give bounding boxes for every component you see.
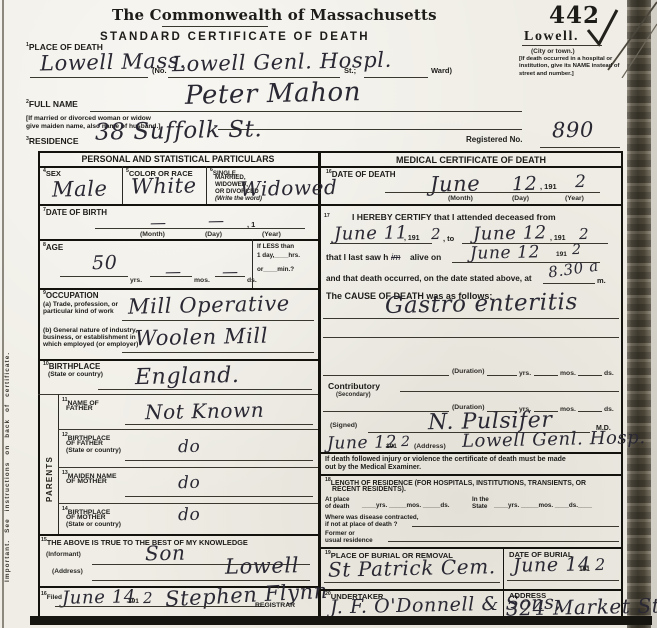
checkmark-icon [586, 8, 620, 48]
label-text: RESIDENCE [29, 136, 79, 146]
personal-section-title: PERSONAL AND STATISTICAL PARTICULARS [38, 155, 318, 165]
city-caption: (City or town.) [531, 48, 575, 55]
row-border [38, 534, 318, 536]
mother-name-value: do [178, 473, 201, 493]
last-saw-prefix: that I last saw h [326, 253, 388, 262]
underline-rule [330, 243, 432, 244]
residence-label: 3RESIDENCE [26, 137, 78, 147]
disease-contracted-label-2: if not at place of death ? [325, 521, 397, 528]
former-residence-label-2: usual residence [325, 537, 373, 544]
m-label: m. [597, 277, 606, 285]
last-saw-scribble: im [391, 252, 401, 262]
margin-instructions-note: Important. See instructions on back of c… [4, 352, 11, 582]
filed-label: 16Filed [41, 592, 62, 601]
commonwealth-heading: The Commonwealth of Massachusetts [112, 7, 326, 24]
to-label: , to [443, 235, 454, 243]
to-year-printed: , 191 [550, 235, 566, 243]
no-label: (No. [152, 67, 167, 75]
underline-rule [323, 318, 619, 319]
signed-year-value: 2 [401, 434, 411, 450]
occupation-b-label-3: which employed (or employer) [43, 341, 138, 348]
underline-rule [543, 283, 595, 284]
full-name-value: Peter Mahon [185, 77, 362, 111]
month-caption: (Month) [140, 231, 165, 238]
father-name-value: Not Known [145, 398, 265, 424]
label-text: AGE [46, 243, 63, 252]
scan-right-margin [651, 0, 657, 628]
mos-caption: mos. [560, 370, 576, 377]
underline-rule [578, 375, 602, 376]
date-of-death-label: 16DATE OF DEATH [326, 170, 395, 180]
ds-caption: ds. [604, 370, 614, 377]
informant-value: Son [145, 541, 186, 566]
parents-group-label: PARENTS [45, 456, 54, 502]
registrar-label: REGISTRAR [255, 602, 295, 610]
underline-rule [400, 391, 619, 392]
underline-rule [150, 276, 192, 277]
informant-caption: (Informant) [46, 551, 81, 558]
heading-underline [162, 26, 268, 27]
attended-from-value: June 11 [334, 222, 408, 245]
birthplace-value: England. [135, 363, 240, 390]
underline-rule [487, 375, 517, 376]
underline-rule [122, 320, 314, 321]
underline-rule [90, 111, 522, 112]
less-than-note-1: If LESS than [257, 243, 294, 250]
yrs-caption: yrs. [519, 370, 531, 377]
from-year-value: 2 [431, 225, 442, 243]
form-top-border [38, 151, 623, 153]
registered-no-value: 890 [552, 118, 594, 143]
burial-year-printed: 191 [579, 566, 590, 573]
dob-label: 7DATE OF BIRTH [43, 208, 107, 218]
cell-divider [206, 166, 207, 204]
underline-rule [388, 541, 619, 542]
underline-rule [30, 77, 148, 78]
at-place-blanks: ____yrs. _____mos. _____ds. [362, 502, 450, 509]
underline-rule [98, 389, 312, 390]
father-birthplace-label-3: (State or country) [66, 447, 121, 454]
underline-rule [125, 460, 313, 461]
former-residence-label-1: Former or [325, 530, 355, 537]
row-border [321, 452, 621, 454]
city-stamp: Lowell. [524, 29, 579, 45]
label-text: DATE OF BIRTH [46, 208, 107, 217]
row-border [321, 474, 621, 476]
disease-contracted-label-1: Where was disease contracted, [325, 514, 418, 521]
scan-dark-edge-band [627, 0, 651, 628]
signed-year-printed: 191 [386, 443, 397, 450]
at-place-label-1: At place [325, 496, 350, 503]
last-saw-date-value: June 12 [470, 242, 540, 263]
row-border [38, 239, 318, 241]
last-saw-year-value: 2 [572, 242, 582, 258]
field-number: 17 [324, 213, 330, 219]
cell-divider [252, 239, 253, 288]
underline-rule [215, 276, 245, 277]
label-text: OCCUPATION [46, 291, 99, 300]
row-border [321, 589, 621, 591]
less-than-note-3: or____min.? [257, 266, 294, 273]
age-days-dash: — [222, 262, 239, 281]
month-caption: (Month) [448, 195, 473, 202]
day-caption: (Day) [512, 195, 529, 202]
underline-rule [507, 580, 619, 581]
mos2-caption: mos. [560, 406, 576, 413]
race-value: White [131, 173, 197, 198]
occupation-b-value: Woolen Mill [135, 324, 269, 351]
filed-year-printed: 191 [128, 598, 139, 605]
row-border [321, 547, 621, 549]
physician-address-value: Lowell Genl. Hosp. [462, 427, 646, 452]
form-left-border [38, 151, 40, 616]
age-years-value: 50 [92, 252, 118, 275]
row-border [38, 204, 318, 206]
underline-rule [125, 424, 313, 425]
father-name-label-2: FATHER [66, 405, 93, 413]
age-months-dash: — [165, 262, 182, 281]
underline-rule [60, 276, 128, 277]
underline-rule [218, 129, 522, 130]
certify-intro: I HEREBY CERTIFY that I attended decease… [352, 213, 556, 223]
year-caption: (Year) [262, 231, 281, 238]
label-text: FULL NAME [29, 99, 78, 109]
row-border [38, 394, 318, 395]
occupation-label: 9OCCUPATION [43, 291, 98, 301]
underline-rule [323, 337, 619, 338]
last-saw-suffix: alive on [410, 253, 441, 262]
underline-rule [95, 228, 305, 229]
underline-rule [412, 526, 619, 527]
hospital-name-value: Lowell Genl. Hospl. [172, 48, 392, 77]
at-place-label-2: of death [325, 503, 350, 510]
certify-field-number: 17 [324, 214, 330, 224]
in-state-blanks: ____yrs. _____mos. ____ds.____ [494, 502, 592, 509]
length-of-residence-label-2: RECENT RESIDENTS). [332, 486, 406, 494]
cause-of-death-value: Gastro enteritis [385, 289, 578, 319]
full-name-label: 2FULL NAME [26, 100, 78, 110]
less-than-note-2: 1 day,____hrs. [257, 252, 300, 259]
signed-caption: (Signed) [330, 422, 357, 429]
yrs-caption: yrs. [130, 277, 142, 284]
label-text: BIRTHPLACE [49, 362, 101, 371]
underline-rule [534, 375, 558, 376]
death-occurred-text: and that death occurred, on the date sta… [326, 274, 532, 283]
examiner-note-1: If death followed injury or violence the… [325, 456, 566, 464]
row-border [58, 429, 318, 430]
duration-caption: (Duration) [452, 368, 484, 375]
mother-birthplace-label-3: (State or country) [66, 521, 121, 528]
in-state-label-2: State [472, 503, 487, 510]
burial-year-value: 2 [595, 555, 606, 574]
certificate-title: STANDARD CERTIFICATE OF DEATH [100, 31, 370, 44]
death-certificate-scan: Important. See instructions on back of c… [0, 0, 657, 628]
row-border [38, 359, 318, 361]
father-birthplace-value: do [178, 437, 201, 457]
dob-year-prefix: , 1 [247, 221, 255, 229]
from-year-printed: , 191 [404, 235, 420, 243]
death-year-value: 2 [575, 172, 587, 192]
parents-cell-divider [58, 394, 59, 535]
underline-rule [385, 192, 600, 193]
city-underline [522, 45, 602, 46]
informant-address-caption: (Address) [52, 568, 83, 575]
registered-no-label: Registered No. [466, 136, 522, 145]
last-saw-year-printed: 191 [556, 251, 567, 258]
examiner-note-2: out by the Medical Examiner. [325, 464, 421, 472]
label-text: Filed [47, 594, 62, 601]
occupation-a-value: Mill Operative [128, 291, 290, 318]
underline-rule [540, 147, 620, 148]
burial-place-value: St Patrick Cem. [328, 554, 496, 582]
contributory-label: Contributory [328, 382, 380, 392]
underline-rule [324, 582, 500, 583]
cell-divider [122, 166, 123, 204]
label-text: DATE OF DEATH [332, 170, 396, 179]
age-label: 8AGE [43, 243, 63, 253]
burial-date-value: June 14 [513, 553, 591, 577]
dob-month-dash: — [150, 213, 167, 232]
underline-rule [55, 606, 265, 607]
informant-address-value: Lowell [225, 553, 300, 579]
medical-section-title: MEDICAL CERTIFICATE OF DEATH [321, 155, 621, 165]
in-state-label-1: In the [472, 496, 489, 503]
occupation-a-label-2: particular kind of work [43, 308, 114, 315]
day-caption: (Day) [205, 231, 222, 238]
ward-label: Ward) [431, 67, 452, 75]
year-caption: (Year) [565, 195, 584, 202]
underline-rule [125, 496, 313, 497]
street-label: St.; [344, 67, 356, 75]
filed-year-value: 2 [143, 589, 154, 607]
underline-rule [578, 411, 602, 412]
secondary-caption: (Secondary) [336, 392, 371, 398]
hospital-instruction-note: [If death occurred in a hospital or inst… [519, 56, 625, 78]
underline-rule [323, 375, 449, 376]
underline-rule [364, 77, 428, 78]
section-border [321, 166, 621, 168]
row-border [38, 288, 318, 290]
form-right-border [621, 151, 623, 616]
ds2-caption: ds. [604, 406, 614, 413]
row-border [321, 204, 621, 206]
row-border [58, 503, 318, 504]
sex-value: Male [52, 176, 108, 201]
mother-name-label-2: OF MOTHER [66, 478, 107, 486]
undertaker-address-value: 324 Market St [506, 593, 657, 620]
marital-value: Widowed [240, 175, 338, 201]
residence-value: 38 Suffolk St. [95, 116, 263, 145]
to-year-value: 2 [579, 225, 590, 243]
row-border [58, 467, 318, 468]
address-caption: (Address) [414, 443, 446, 450]
birthplace-sub-label: (State or country) [48, 371, 103, 378]
mos-caption: mos. [194, 277, 210, 284]
time-of-death-value: 8.30 a [547, 257, 600, 282]
death-year-printed: , 191 [540, 183, 557, 191]
section-border [38, 166, 318, 168]
underline-rule [122, 352, 314, 353]
mother-birthplace-value: do [178, 505, 201, 525]
